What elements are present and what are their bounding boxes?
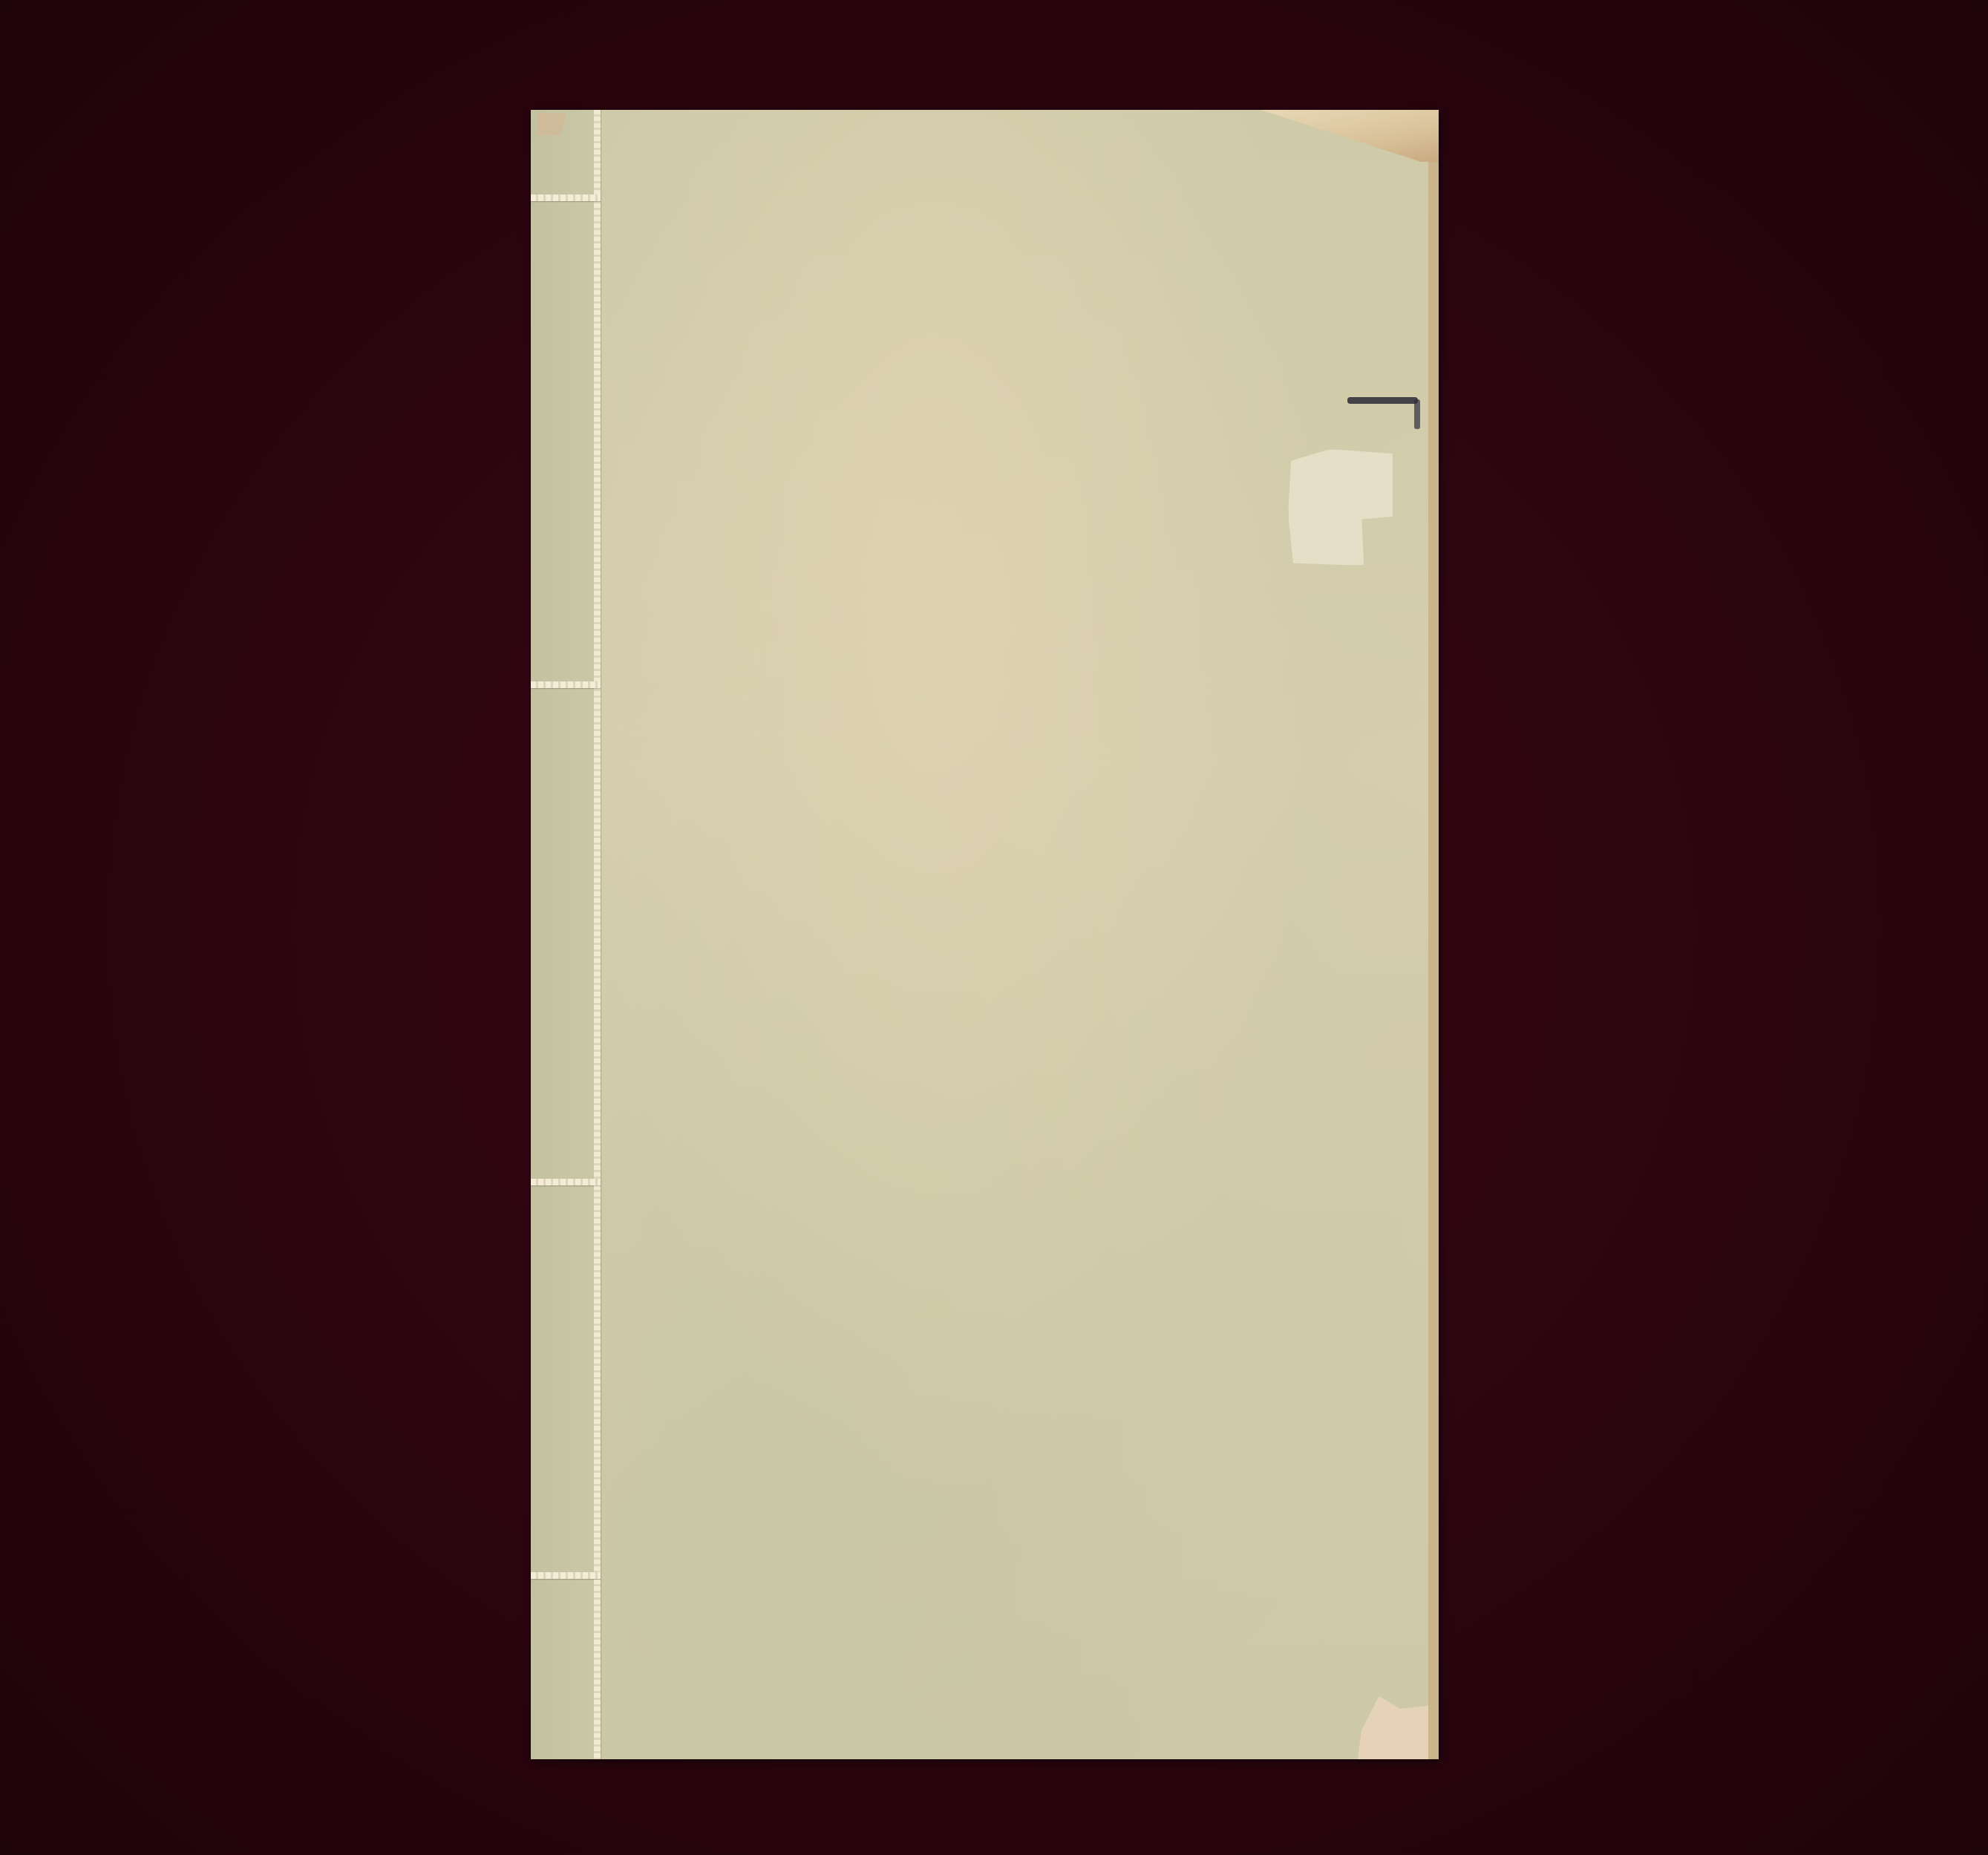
binding-stitch-4: [531, 1572, 601, 1579]
book-cover: [531, 110, 1439, 1759]
spine-strip: [531, 110, 596, 1759]
photo-scene: [0, 0, 1988, 1855]
binding-thread-vertical: [594, 110, 601, 1759]
binding-stitch-1: [531, 194, 601, 201]
bottom-right-corner-wear: [1358, 1696, 1428, 1759]
ink-mark-vertical: [1414, 399, 1420, 429]
binding-stitch-2: [531, 681, 601, 688]
ink-mark: [1347, 397, 1418, 404]
repair-patch: [1288, 449, 1393, 566]
folded-corner: [1261, 110, 1439, 162]
binding-stitch-3: [531, 1179, 601, 1185]
